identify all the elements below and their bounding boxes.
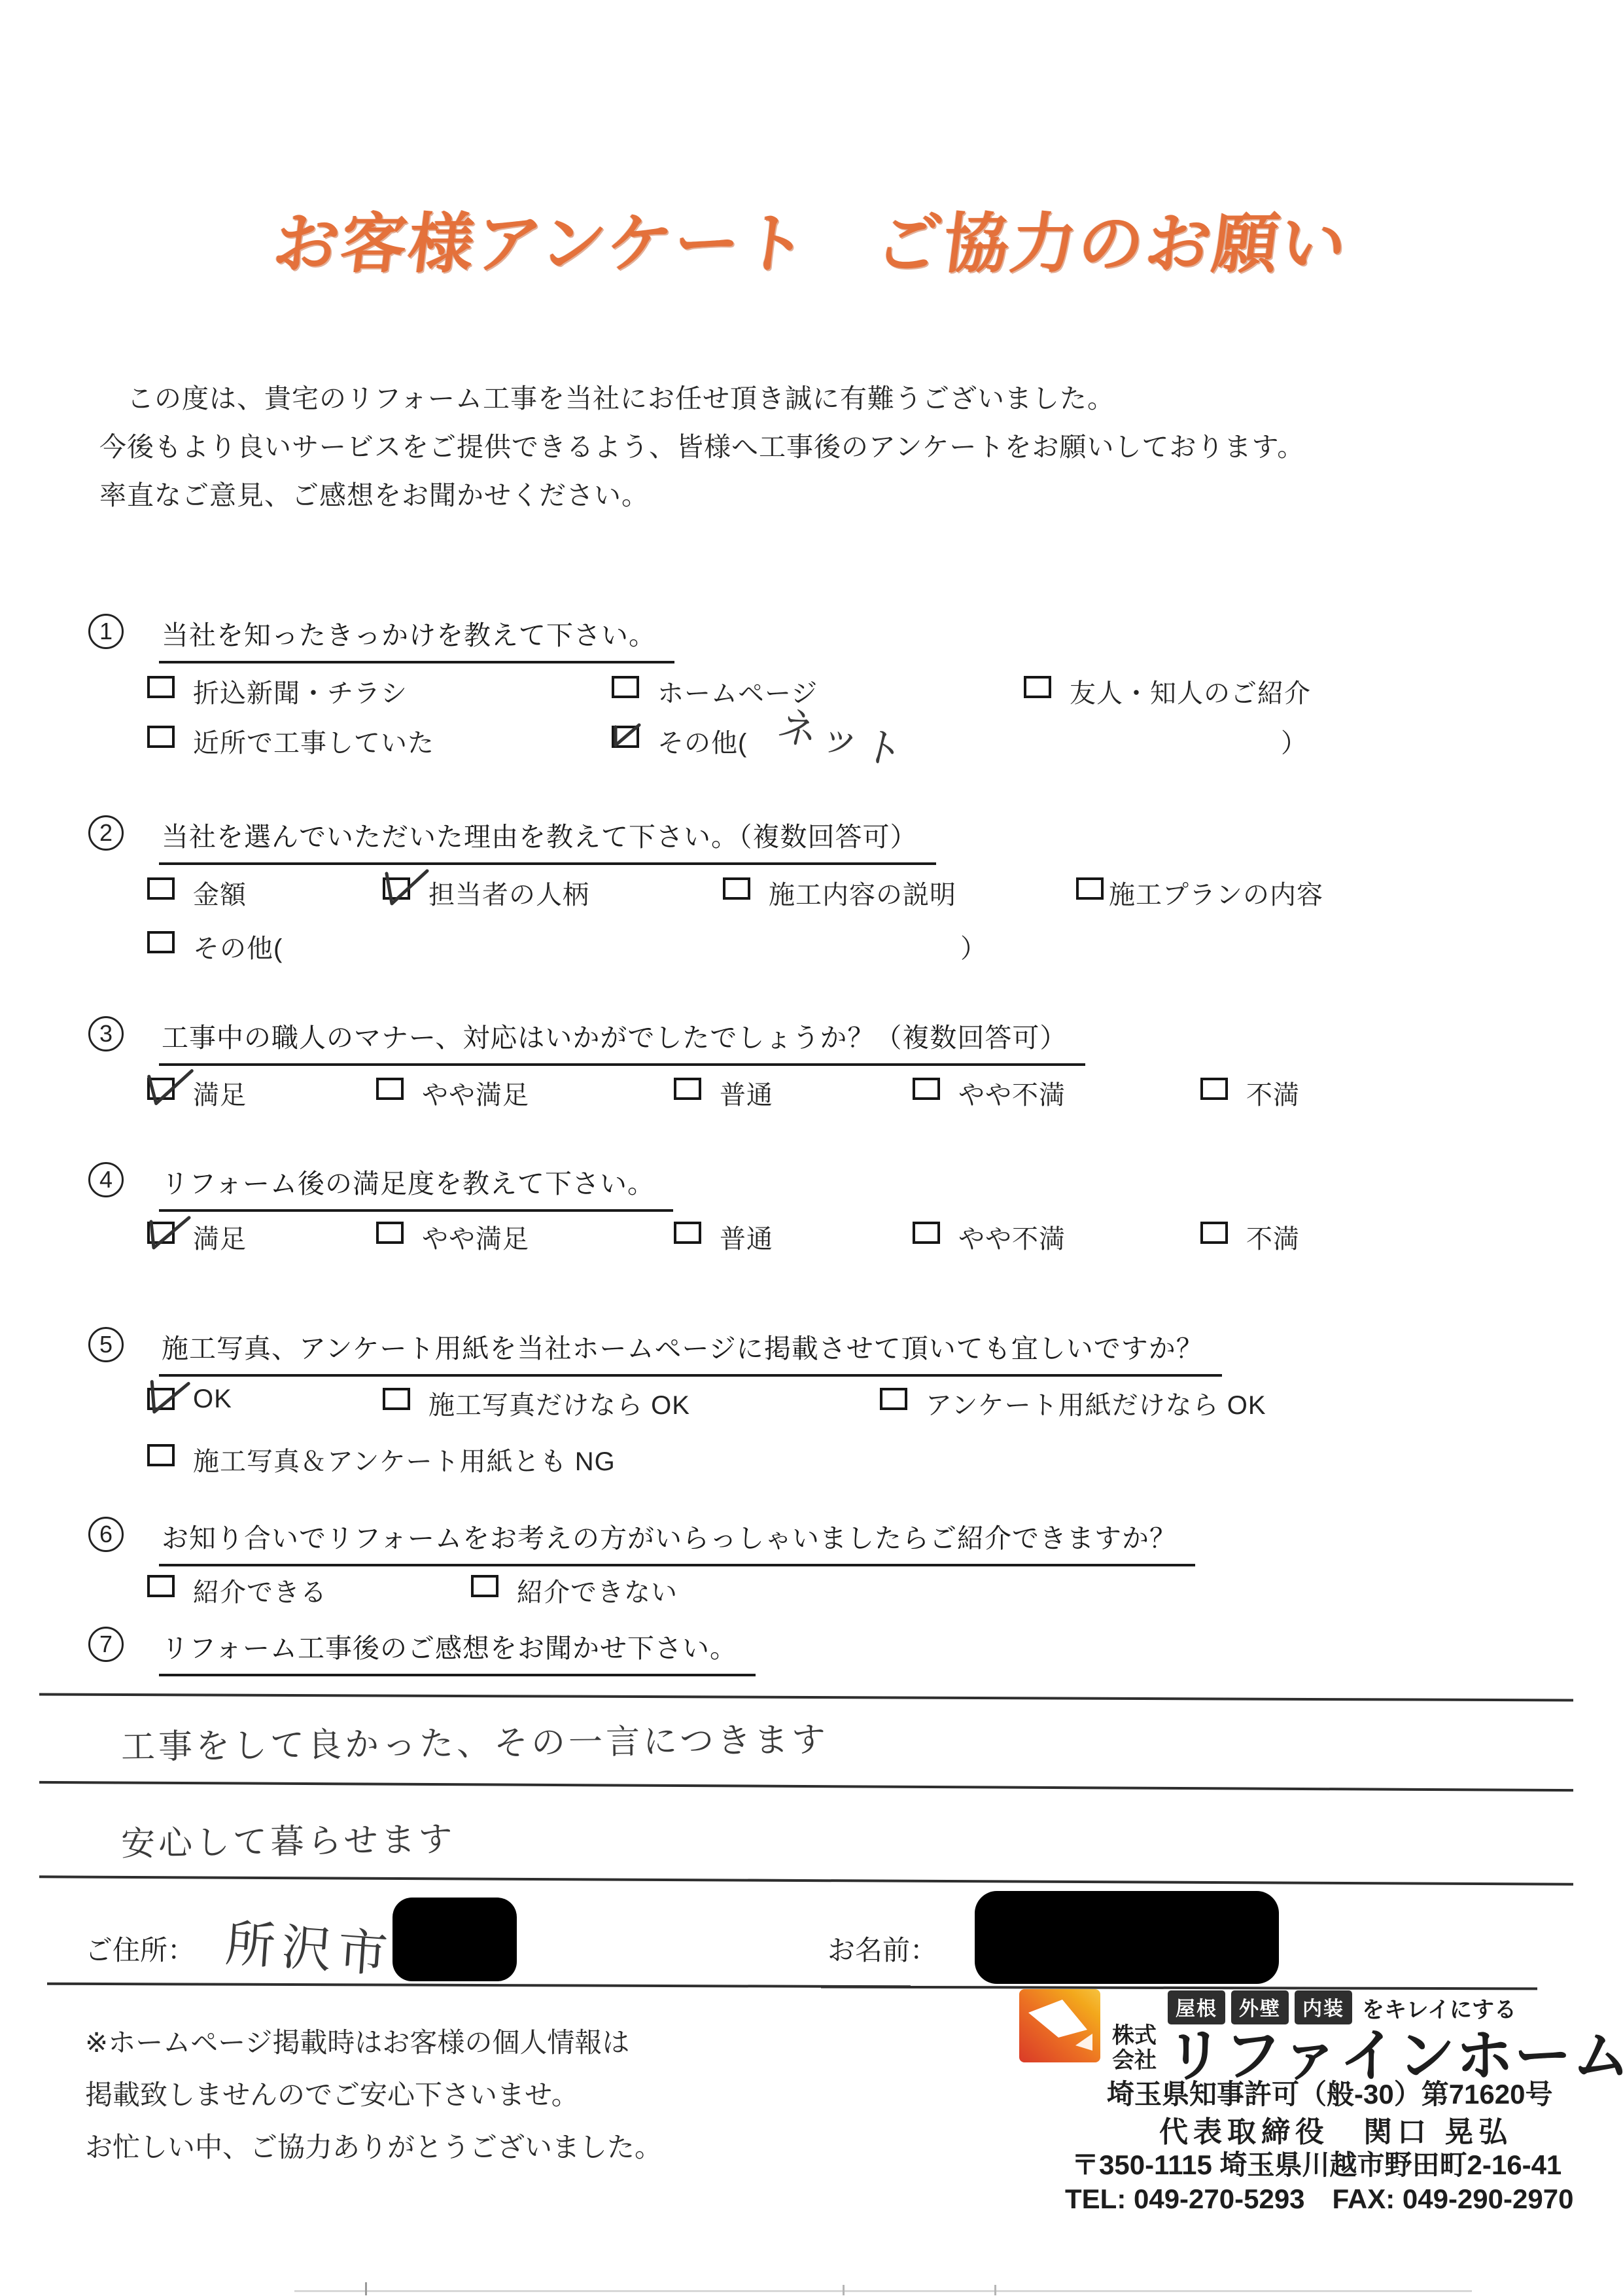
option-label: 満足: [193, 1074, 247, 1112]
q4-opt-dissatisfied: 不満: [1200, 1218, 1300, 1256]
privacy-note: ※ホームページ掲載時はお客様の個人情報は 掲載致しませんのでご安心下さいませ。 …: [85, 2017, 662, 2174]
q2-opt-personality: 担当者の人柄: [383, 874, 589, 911]
q5-opt-ok: OK: [147, 1385, 232, 1414]
option-label: その他(: [657, 722, 747, 760]
option-label: 近所で工事していた: [193, 722, 434, 760]
option-label: アンケート用紙だけなら OK: [926, 1385, 1266, 1422]
q1-other-close-paren: ）: [1281, 722, 1307, 760]
checkbox-unchecked[interactable]: [147, 726, 175, 748]
company-address: 〒350-1115 埼玉県川越市野田町2-16-41: [1072, 2144, 1562, 2183]
option-label: 普通: [720, 1218, 773, 1256]
option-label: 不満: [1246, 1074, 1300, 1112]
privacy-note-line-1: ※ホームページ掲載時はお客様の個人情報は: [85, 2017, 662, 2069]
q1-other-handwritten-answer: ネット: [773, 693, 914, 779]
address-handwritten: 所沢市: [224, 1903, 397, 1987]
q2-opt-other: その他(: [147, 928, 283, 965]
q4-number: 4: [88, 1162, 124, 1197]
checkbox-checked[interactable]: [612, 726, 639, 748]
comment-line-3[interactable]: [39, 1875, 1573, 1885]
scan-artifact-tick: [843, 2285, 845, 2295]
checkbox-unchecked[interactable]: [471, 1575, 498, 1597]
option-label: 担当者の人柄: [428, 874, 589, 911]
handwritten-comment-line-2: 安心して暮らせます: [121, 1811, 456, 1865]
redaction-box-address: [393, 1898, 517, 1981]
q2-heading: 当社を選んでいただいた理由を教えて下さい。（複数回答可）: [159, 815, 936, 865]
q5-opt-photos-only: 施工写真だけなら OK: [383, 1385, 690, 1422]
option-label: 施工写真だけなら OK: [428, 1385, 690, 1422]
checkbox-unchecked[interactable]: [376, 1222, 404, 1244]
checkbox-unchecked[interactable]: [723, 877, 750, 900]
address-label: ご住所：: [85, 1929, 195, 1968]
q5-heading: 施工写真、アンケート用紙を当社ホームページに掲載させて頂いても宜しいですか？: [159, 1327, 1222, 1377]
option-label: 友人・知人のご紹介: [1070, 673, 1311, 710]
comment-line-1[interactable]: [39, 1693, 1573, 1701]
checkbox-unchecked[interactable]: [147, 1444, 175, 1466]
q5-opt-both-ng: 施工写真＆アンケート用紙とも NG: [147, 1441, 616, 1478]
q1-opt-flyer: 折込新聞・チラシ: [147, 673, 408, 710]
option-label: 施工プランの内容: [1109, 874, 1323, 911]
option-label: 施工内容の説明: [769, 874, 956, 911]
checkbox-unchecked[interactable]: [1076, 877, 1104, 900]
check-mark-icon: [141, 1061, 199, 1114]
q2-opt-explanation: 施工内容の説明: [723, 874, 956, 911]
option-label: 施工写真＆アンケート用紙とも NG: [193, 1441, 616, 1478]
checkbox-checked[interactable]: [383, 877, 410, 900]
q5-number: 5: [88, 1327, 124, 1362]
q6-opt-can-refer: 紹介できる: [147, 1572, 327, 1609]
company-logo-icon: [1019, 1989, 1100, 2062]
q1-heading: 当社を知ったきっかけを教えて下さい。: [159, 614, 674, 663]
option-label: 金額: [193, 874, 247, 911]
q7-heading: リフォーム工事後のご感想をお聞かせ下さい。: [159, 1627, 756, 1676]
redaction-box-name: [975, 1891, 1279, 1984]
privacy-note-line-2: 掲載致しませんのでご安心下さいませ。: [85, 2069, 662, 2121]
scan-artifact-tick: [365, 2282, 367, 2295]
checkbox-checked[interactable]: [147, 1388, 175, 1410]
company-license: 埼玉県知事許可（般-30）第71620号: [1107, 2073, 1553, 2112]
check-mark-icon: [613, 723, 643, 751]
page-title: お客様アンケート ご協力のお願い: [0, 191, 1623, 285]
q1-number: 1: [88, 614, 124, 649]
q3-opt-somewhat-satisfied: やや満足: [376, 1074, 529, 1112]
option-label: やや満足: [422, 1218, 529, 1256]
company-prefix-line-1: 株式: [1112, 2023, 1157, 2048]
checkbox-unchecked[interactable]: [147, 676, 175, 698]
q6-opt-cannot-refer: 紹介できない: [471, 1572, 678, 1609]
scanned-survey-page: { "title": "お客様アンケート ご協力のお願い", "intro": …: [0, 0, 1623, 2296]
checkbox-unchecked[interactable]: [1024, 676, 1051, 698]
intro-paragraph: この度は、貴宅のリフォーム工事を当社にお任せ頂き誠に有難うございました。 今後も…: [99, 374, 1304, 520]
option-label: やや不満: [958, 1074, 1066, 1112]
q2-opt-price: 金額: [147, 874, 247, 911]
checkbox-unchecked[interactable]: [913, 1222, 940, 1244]
company-logo: [1019, 1989, 1100, 2062]
check-mark-icon: [377, 863, 432, 911]
checkbox-unchecked[interactable]: [147, 877, 175, 900]
checkbox-unchecked[interactable]: [383, 1388, 410, 1410]
scan-artifact-tick: [994, 2285, 996, 2295]
q7-number: 7: [88, 1627, 124, 1662]
name-label: お名前：: [828, 1929, 937, 1968]
company-prefix-line-2: 会社: [1112, 2048, 1157, 2073]
q3-opt-dissatisfied: 不満: [1200, 1074, 1300, 1112]
company-tel-fax: TEL: 049-270-5293 FAX: 049-290-2970: [1065, 2178, 1573, 2217]
q3-number: 3: [88, 1016, 124, 1051]
comment-line-2[interactable]: [39, 1781, 1573, 1792]
checkbox-unchecked[interactable]: [674, 1222, 701, 1244]
option-label: 満足: [193, 1218, 247, 1256]
option-label: やや不満: [958, 1218, 1066, 1256]
intro-line-3: 率直なご意見、ご感想をお聞かせください。: [99, 471, 1304, 520]
privacy-note-line-3: お忙しい中、ご協力ありがとうございました。: [85, 2121, 662, 2174]
intro-line-2: 今後もより良いサービスをご提供できるよう、皆様へ工事後のアンケートをお願いしてお…: [99, 423, 1304, 471]
option-label: やや満足: [422, 1074, 529, 1112]
checkbox-unchecked[interactable]: [147, 1575, 175, 1597]
q3-opt-satisfied: 満足: [147, 1074, 247, 1112]
option-label: 折込新聞・チラシ: [193, 673, 408, 710]
check-mark-icon: [142, 1207, 197, 1256]
checkbox-checked[interactable]: [147, 1222, 175, 1244]
option-label: その他(: [193, 928, 283, 965]
checkbox-unchecked[interactable]: [612, 676, 639, 698]
q3-opt-neutral: 普通: [674, 1074, 773, 1112]
scan-artifact-line: [294, 2290, 1472, 2292]
checkbox-unchecked[interactable]: [674, 1078, 701, 1100]
q1-opt-other: その他(: [612, 722, 747, 760]
q1-opt-referral: 友人・知人のご紹介: [1024, 673, 1311, 710]
q4-heading: リフォーム後の満足度を教えて下さい。: [159, 1162, 673, 1212]
check-mark-icon: [141, 1372, 198, 1423]
option-label: 紹介できない: [517, 1572, 678, 1609]
address-underline[interactable]: [47, 1983, 911, 1988]
option-label: 普通: [720, 1074, 773, 1112]
option-label: OK: [193, 1385, 232, 1414]
checkbox-unchecked[interactable]: [1200, 1222, 1228, 1244]
checkbox-unchecked[interactable]: [147, 931, 175, 953]
q1-opt-neighborhood: 近所で工事していた: [147, 722, 434, 760]
q2-opt-plan: 施工プランの内容: [1076, 874, 1323, 911]
q5-opt-survey-only: アンケート用紙だけなら OK: [880, 1385, 1266, 1422]
checkbox-unchecked[interactable]: [913, 1078, 940, 1100]
q2-number: 2: [88, 815, 124, 851]
q3-heading: 工事中の職人のマナー、対応はいかがでしたでしょうか？（複数回答可）: [159, 1016, 1085, 1066]
checkbox-unchecked[interactable]: [880, 1388, 907, 1410]
option-label: 不満: [1246, 1218, 1300, 1256]
q6-heading: お知り合いでリフォームをお考えの方がいらっしゃいましたらご紹介できますか？: [159, 1517, 1195, 1566]
name-underline[interactable]: [821, 1986, 1537, 1990]
q4-opt-neutral: 普通: [674, 1218, 773, 1256]
q6-number: 6: [88, 1517, 124, 1552]
intro-line-1: この度は、貴宅のリフォーム工事を当社にお任せ頂き誠に有難うございました。: [99, 374, 1304, 423]
checkbox-unchecked[interactable]: [376, 1078, 404, 1100]
q4-opt-satisfied: 満足: [147, 1218, 247, 1256]
q3-opt-somewhat-dissatisfied: やや不満: [913, 1074, 1066, 1112]
option-label: 紹介できる: [193, 1572, 327, 1609]
checkbox-checked[interactable]: [147, 1078, 175, 1100]
checkbox-unchecked[interactable]: [1200, 1078, 1228, 1100]
q4-opt-somewhat-satisfied: やや満足: [376, 1218, 529, 1256]
q4-opt-somewhat-dissatisfied: やや不満: [913, 1218, 1066, 1256]
q2-other-close-paren: ）: [960, 928, 986, 965]
handwritten-comment-line-1: 工事をして良かった、その一言につきます: [121, 1712, 829, 1768]
company-prefix: 株式 会社: [1112, 2023, 1157, 2073]
